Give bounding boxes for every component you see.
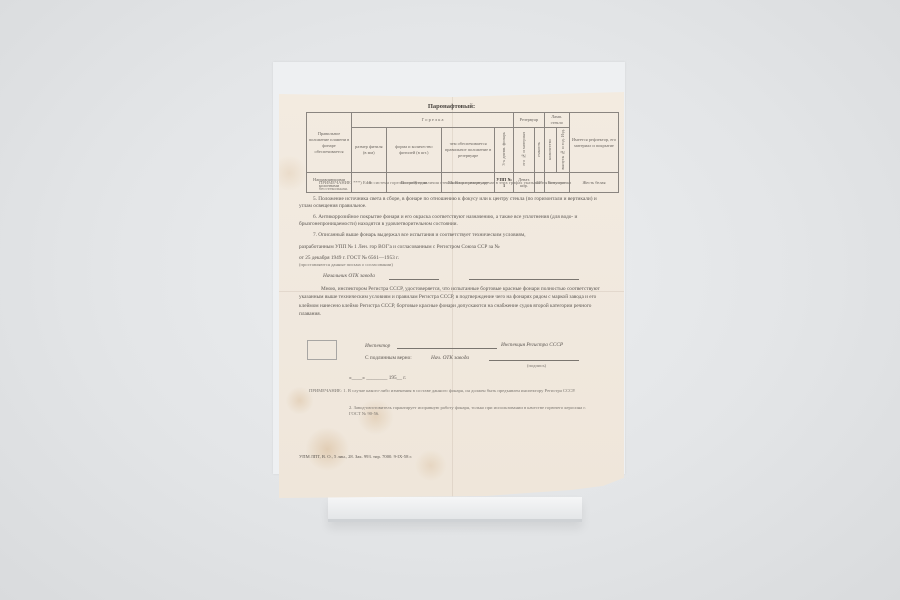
printer-imprint: УПМ ЛПТ, В. О., 5 лин., 28. Зак. 993. ти… [299,454,610,460]
date-line: «____» ________ 195__ г. [349,375,610,382]
paragraph-7: 7. Описанный выше фонарь выдержал все ис… [299,232,610,239]
chief-name-line [469,279,579,280]
table-title: Паронафтовый: [279,103,624,112]
header-reservoir: Резервуар [514,113,544,128]
note-1: ПРИМЕЧАНИЕ: ***) Если система горелки тр… [319,180,594,192]
display-stand [328,497,582,522]
sub-position: чем обеспечивается правильное положение … [442,127,495,173]
inspector-signature-line [397,348,497,349]
sub-form: форма и количество фитилей (в шт.) [386,127,441,173]
stamp-box [307,340,337,360]
document-page: Паронафтовый: Правильное положение пламе… [279,92,624,498]
header-reflector: Имеется рефлектор, его материал и покрыт… [570,113,619,173]
copy-sign: Нач. ОТК завода [431,355,610,362]
inspector-certification: Мною, инспектором Регистра СССР, удостов… [299,285,610,319]
note-2-head: ПРИМЕЧАНИЕ: [309,388,342,393]
header-col1: Правильное положение пламени в фонаре об… [307,113,352,173]
note-2-item-1: 1. В случае какого-либо изменения в сост… [343,388,575,393]
chief-signature-line [389,279,439,280]
copy-signature-line [489,360,579,361]
sub-burner-type: 3-х дневн. фонарь [501,132,507,166]
sub-size: размер фитиля (в мм) [352,127,387,173]
paragraph-7-hint: (проставляются данные письма о согласова… [299,262,610,268]
sub-glass-issue: выпуск № и год. Изд. [560,129,566,170]
paragraph-5: 5. Положение источника света в сборе, в … [299,196,610,210]
paragraph-6: 6. Антикоррозийное покрытие фонаря и его… [299,214,610,228]
note-2: ПРИМЕЧАНИЕ: 1. В случае какого-либо изме… [309,388,594,394]
header-burner: Г о р е л к а [352,113,514,128]
sub-reservoir-no: его № и материал [521,132,527,166]
signature-caption: (подпись) [527,363,610,369]
sub-capacity: емкость [536,142,542,157]
header-glass: Ламп. стекло [544,113,569,128]
note-2-item-2: 2. Завод-изготовитель гарантирует исправ… [349,405,594,417]
paragraph-7-registry: разработанным УПП № 1 Лен. гор ВОГ'а и с… [299,244,610,251]
sub-glass-count: количество [547,139,553,160]
inspection-label: Инспекция Регистра СССР [501,342,610,349]
